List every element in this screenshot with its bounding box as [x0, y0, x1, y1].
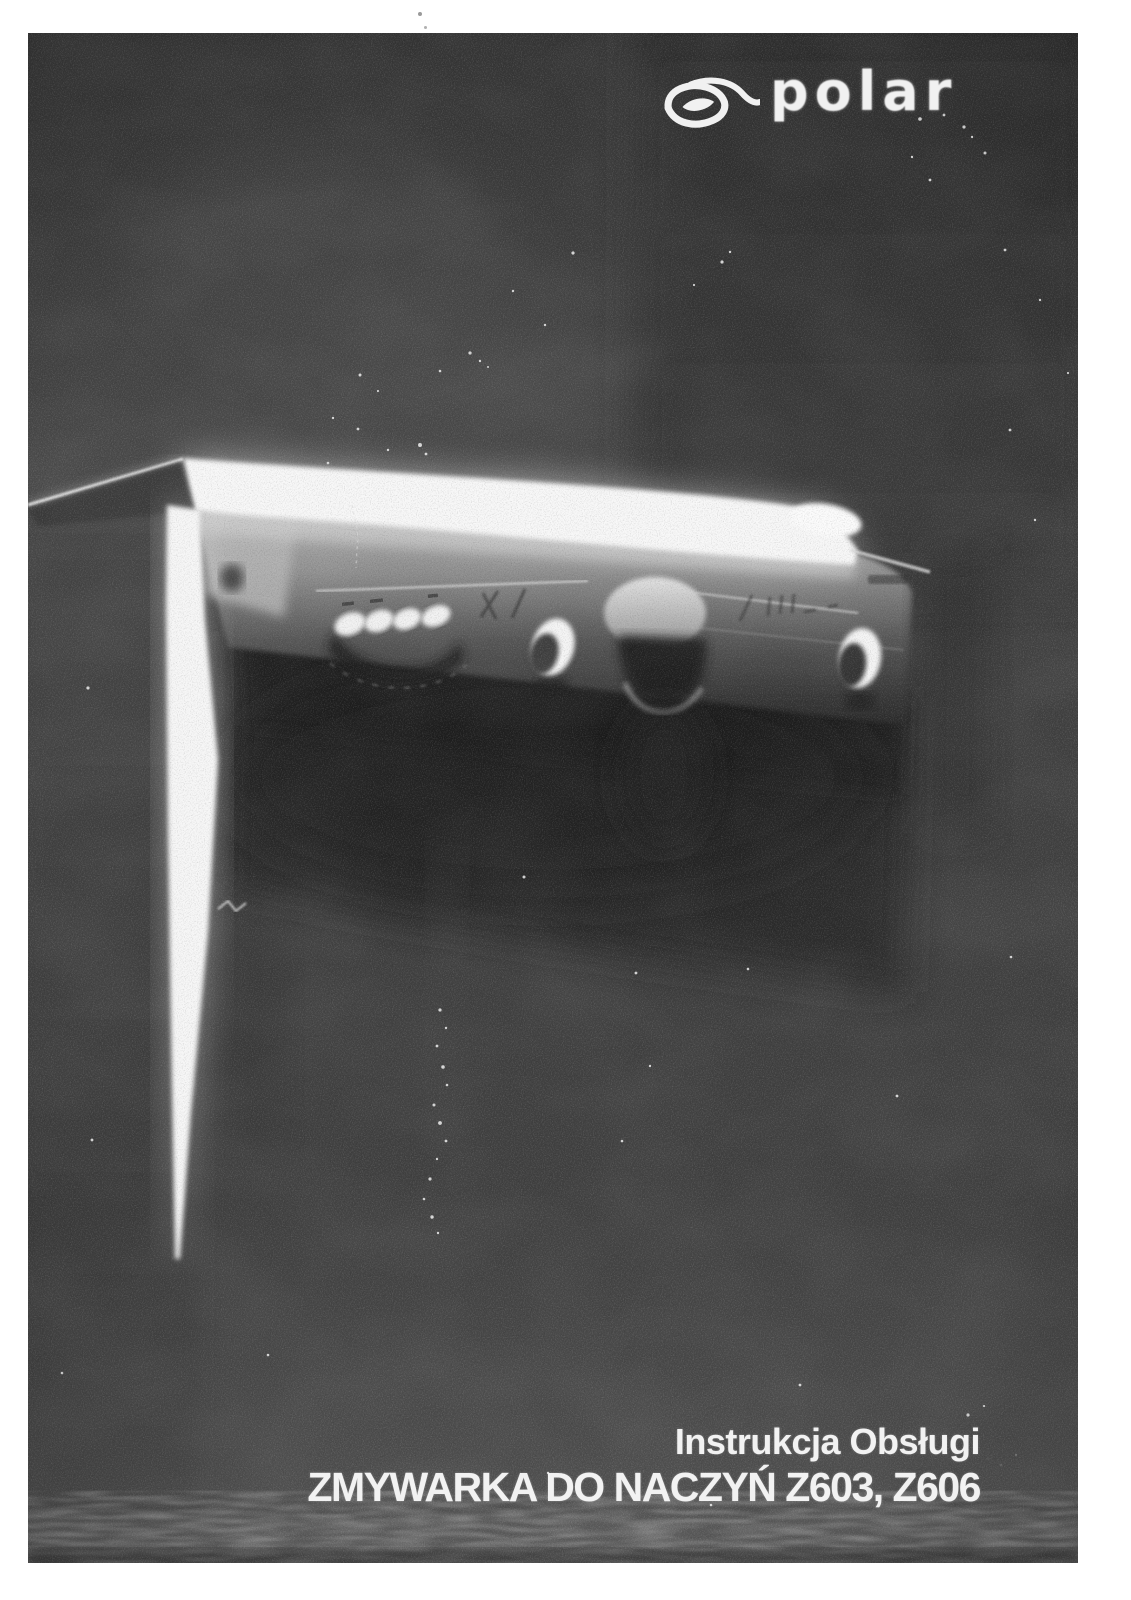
cover-photo: polar Instrukcja Obsługi ZMYWARKA DO NAC… — [28, 33, 1078, 1563]
brand-wordmark: polar — [770, 65, 957, 119]
scan-speck — [424, 26, 427, 29]
cover-title: ZMYWARKA DO NACZYŃ Z603, Z606 — [307, 1464, 980, 1511]
scan-speck — [418, 12, 422, 16]
polar-logo: polar — [658, 65, 957, 135]
manual-cover-page: polar Instrukcja Obsługi ZMYWARKA DO NAC… — [0, 0, 1131, 1600]
cover-titles: Instrukcja Obsługi ZMYWARKA DO NACZYŃ Z6… — [307, 1419, 980, 1511]
polar-swoosh-icon — [658, 77, 760, 135]
dishwasher-photo-art — [28, 33, 1078, 1563]
cover-subtitle: Instrukcja Obsługi — [307, 1419, 980, 1464]
